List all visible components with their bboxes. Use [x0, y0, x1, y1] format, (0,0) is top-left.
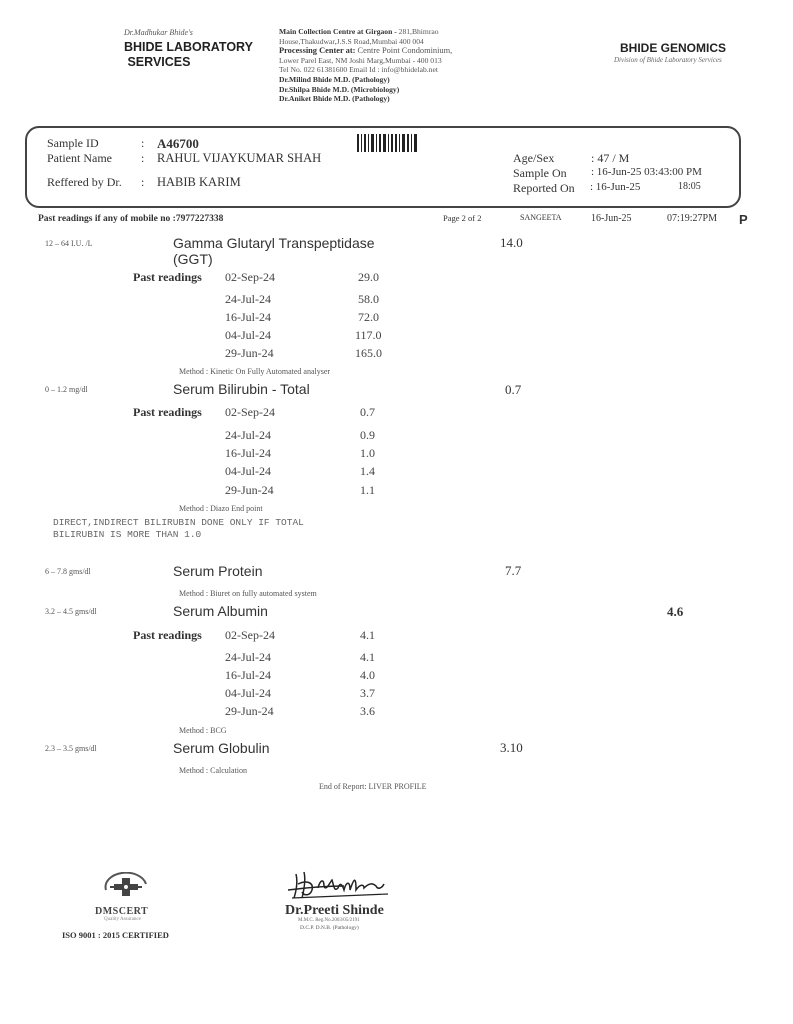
past-value: 117.0: [355, 328, 382, 343]
test-name: Serum Protein: [173, 563, 262, 580]
sample-id-label: Sample ID: [47, 136, 99, 151]
cert-name: DMSCERT: [95, 906, 148, 917]
past-readings-label: Past readings: [133, 628, 202, 643]
print-date: 16-Jun-25: [591, 213, 632, 224]
doctor-qualification: D.C.P. D.N.B. (Pathology): [300, 925, 359, 931]
print-time: 07:19:27PM: [667, 213, 717, 224]
page-number: Page 2 of 2: [443, 213, 481, 223]
test-result: 14.0: [500, 235, 523, 251]
past-date: 29-Jun-24: [225, 704, 274, 719]
past-readings-label: Past readings: [133, 405, 202, 420]
address-line: Main Collection Centre at Girgaon - 281,…: [279, 27, 452, 37]
age-sex: : 47 / M: [591, 151, 629, 166]
past-value: 3.7: [360, 686, 375, 701]
test-name: Serum Albumin: [173, 603, 268, 620]
sample-on-label: Sample On: [513, 166, 567, 181]
past-value: 58.0: [358, 292, 379, 307]
lab-name: BHIDE LABORATORY SERVICES: [124, 40, 253, 70]
past-value: 1.1: [360, 483, 375, 498]
sample-on: : 16-Jun-25 03:43:00 PM: [591, 166, 702, 178]
past-value: 3.6: [360, 704, 375, 719]
past-readings-label: Past readings: [133, 270, 202, 285]
lab-address: Main Collection Centre at Girgaon - 281,…: [279, 27, 452, 104]
age-sex-label: Age/Sex: [513, 151, 554, 166]
reference-range: 0 – 1.2 mg/dl: [45, 385, 88, 394]
reference-range: 12 – 64 I.U. /L: [45, 239, 93, 248]
sample-id: A46700: [157, 136, 199, 152]
test-name: Gamma Glutaryl Transpeptidase: [173, 235, 375, 252]
status-flag: P: [739, 212, 748, 227]
test-result: 0.7: [505, 382, 521, 398]
test-name: Serum Globulin: [173, 740, 270, 757]
reference-range: 2.3 – 3.5 gms/dl: [45, 744, 97, 753]
reported-time: 18:05: [678, 181, 701, 192]
past-date: 16-Jul-24: [225, 310, 271, 325]
past-date: 02-Sep-24: [225, 405, 275, 420]
patient-name-label: Patient Name: [47, 151, 112, 166]
reference-range: 3.2 – 4.5 gms/dl: [45, 607, 97, 616]
referred-by-label: Reffered by Dr.: [47, 175, 122, 190]
signature-icon: [284, 868, 394, 904]
past-value: 72.0: [358, 310, 379, 325]
test-method: Method : BCG: [179, 726, 227, 735]
past-value: 29.0: [358, 270, 379, 285]
doctor-registration: M.M.C. Reg.No.2003/05/2191: [298, 918, 360, 923]
cert-subtitle: Quality Assurance: [104, 917, 141, 922]
test-method: Method : Biuret on fully automated syste…: [179, 589, 317, 598]
genomics-subtitle: Division of Bhide Laboratory Services: [614, 56, 722, 64]
colon: :: [141, 175, 144, 190]
past-value: 4.1: [360, 628, 375, 643]
test-result: 4.6: [667, 604, 683, 620]
referred-by: HABIB KARIM: [157, 175, 241, 190]
test-name-abbr: (GGT): [173, 251, 213, 268]
past-date: 16-Jul-24: [225, 446, 271, 461]
reported-on: : 16-Jun-25: [590, 181, 640, 193]
test-note: DIRECT,INDIRECT BILIRUBIN DONE ONLY IF T…: [53, 517, 304, 541]
iso-certification: ISO 9001 : 2015 CERTIFIED: [62, 930, 169, 940]
test-method: Method : Calculation: [179, 766, 247, 775]
doctor-name: Dr.Preeti Shinde: [285, 903, 384, 919]
past-date: 04-Jul-24: [225, 686, 271, 701]
past-value: 4.0: [360, 668, 375, 683]
doctor-line: Dr.Shilpa Bhide M.D. (Microbiology): [279, 85, 452, 95]
doctor-line: Dr.Aniket Bhide M.D. (Pathology): [279, 94, 452, 104]
colon: :: [141, 136, 144, 151]
past-date: 04-Jul-24: [225, 464, 271, 479]
address-line: Processing Center at: Centre Point Condo…: [279, 46, 452, 56]
dmscert-logo-icon: [100, 872, 152, 908]
operator: SANGEETA: [520, 213, 562, 222]
past-date: 02-Sep-24: [225, 270, 275, 285]
test-method: Method : Kinetic On Fully Automated anal…: [179, 367, 330, 376]
colon: :: [141, 151, 144, 166]
past-date: 04-Jul-24: [225, 328, 271, 343]
past-date: 24-Jul-24: [225, 428, 271, 443]
barcode-icon: [357, 134, 419, 152]
past-value: 1.4: [360, 464, 375, 479]
doctor-line: Dr.Milind Bhide M.D. (Pathology): [279, 75, 452, 85]
past-value: 165.0: [355, 346, 382, 361]
past-date: 24-Jul-24: [225, 292, 271, 307]
reported-on-label: Reported On: [513, 181, 575, 196]
genomics-name: BHIDE GENOMICS: [620, 41, 726, 55]
end-of-report: End of Report: LIVER PROFILE: [319, 782, 427, 791]
past-date: 24-Jul-24: [225, 650, 271, 665]
past-date: 02-Sep-24: [225, 628, 275, 643]
address-line: House,Thakudwar,J.S.S Road,Mumbai 400 00…: [279, 37, 452, 47]
past-value: 0.7: [360, 405, 375, 420]
past-value: 0.9: [360, 428, 375, 443]
test-method: Method : Diazo End point: [179, 504, 263, 513]
past-value: 1.0: [360, 446, 375, 461]
past-readings-mobile: Past readings if any of mobile no :79772…: [38, 214, 223, 224]
past-date: 29-Jun-24: [225, 346, 274, 361]
past-value: 4.1: [360, 650, 375, 665]
test-name: Serum Bilirubin - Total: [173, 381, 310, 398]
address-line: Tel No. 022 61381600 Email Id : info@bhi…: [279, 65, 452, 75]
lab-owner: Dr.Madhukar Bhide's: [124, 28, 193, 37]
address-line: Lower Parel East, NM Joshi Marg,Mumbai -…: [279, 56, 452, 66]
past-date: 29-Jun-24: [225, 483, 274, 498]
test-result: 7.7: [505, 563, 521, 579]
reference-range: 6 – 7.8 gms/dl: [45, 567, 91, 576]
past-date: 16-Jul-24: [225, 668, 271, 683]
test-result: 3.10: [500, 740, 523, 756]
patient-name: RAHUL VIJAYKUMAR SHAH: [157, 151, 321, 166]
